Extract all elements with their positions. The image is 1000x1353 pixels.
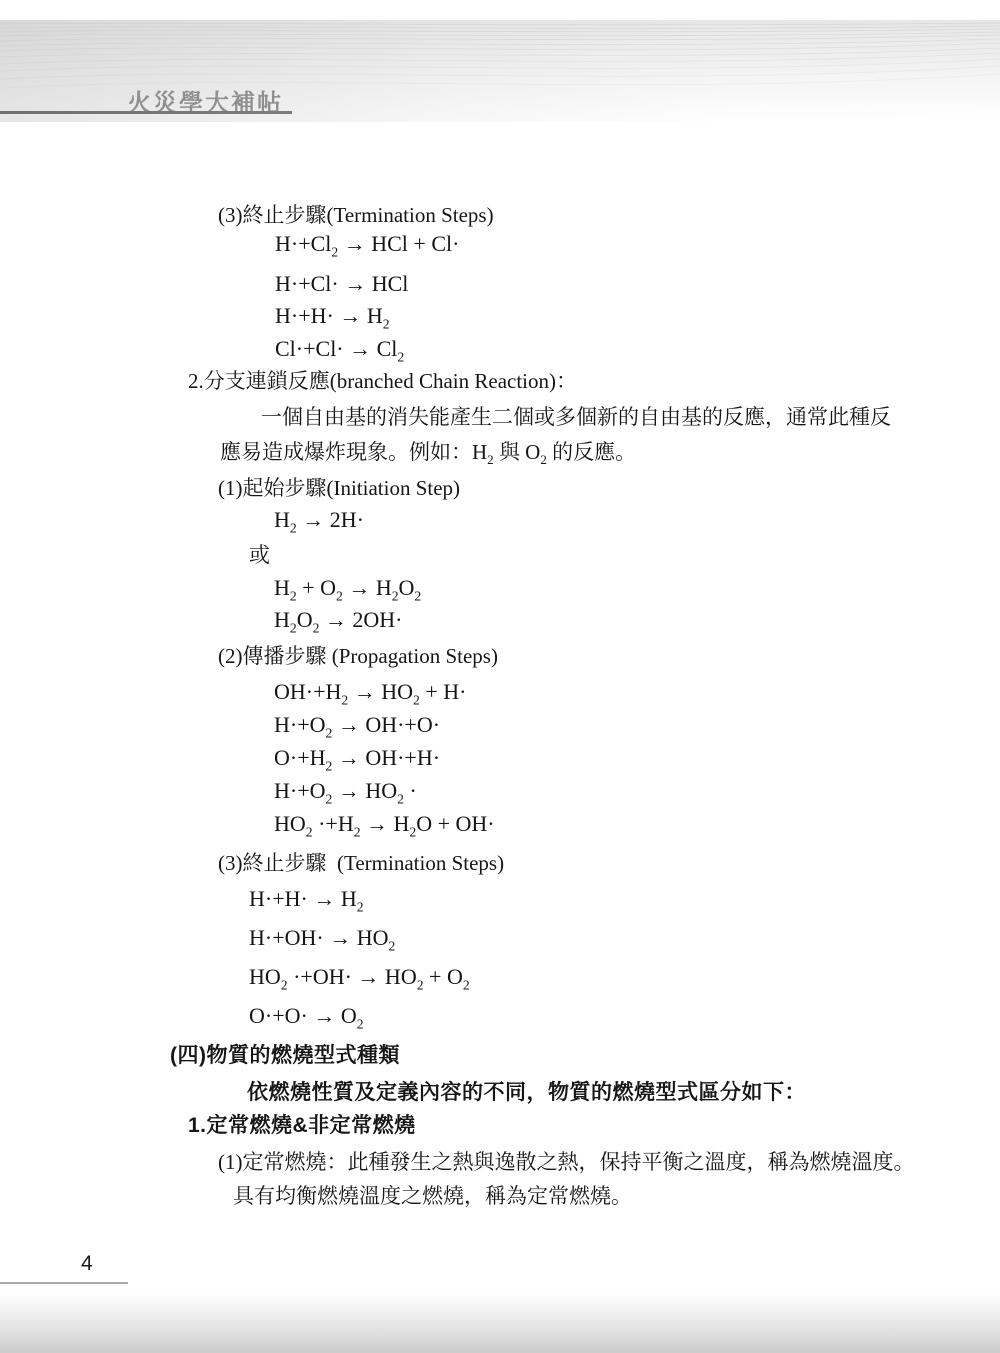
equation-line: H·+O2 → HO2 ·: [274, 778, 417, 804]
text-line: (1)定常燃燒：此種發生之熱與逸散之熱，保持平衡之溫度，稱為燃燒溫度。: [218, 1150, 914, 1175]
equation-line: H·+H· → H2: [249, 886, 364, 912]
equation-line: H·+Cl· → HCl: [275, 271, 408, 297]
equation-line: H·+H· → H2: [275, 303, 390, 329]
equation-line: O·+O· → O2: [249, 1003, 364, 1029]
text-line: 具有均衡燃燒溫度之燃燒，稱為定常燃燒。: [233, 1184, 632, 1209]
footer-page-number: 4: [81, 1252, 93, 1276]
equation-line: Cl·+Cl· → Cl2: [275, 336, 404, 362]
document-lines: (3)終止步驟(Termination Steps)H·+Cl2 → HCl +…: [0, 0, 1000, 1353]
equation-line: H·+Cl2 → HCl + Cl·: [275, 231, 459, 257]
footer-rule: [0, 1282, 128, 1284]
equation-line: O·+H2 → OH·+H·: [274, 745, 440, 771]
text-line: (四)物質的燃燒型式種類: [170, 1044, 400, 1069]
bottom-gradient-band: [0, 1293, 1000, 1353]
equation-line: HO2 ·+H2 → H2O + OH·: [274, 811, 495, 837]
text-line: (2)傳播步驟 (Propagation Steps): [218, 644, 498, 669]
equation-line: H·+OH· → HO2: [249, 925, 395, 951]
equation-line: OH·+H2 → HO2 + H·: [274, 679, 466, 705]
text-line: 應易造成爆炸現象。例如：H2 與 O2 的反應。: [220, 440, 636, 465]
equation-line: H2 → 2H·: [274, 507, 364, 533]
text-line: 1.定常燃燒&非定常燃燒: [188, 1114, 416, 1139]
equation-line: H2 + O2 → H2O2: [274, 575, 421, 601]
text-line: 2.分支連鎖反應(branched Chain Reaction)：: [188, 369, 577, 394]
text-line: (3)終止步驟(Termination Steps): [218, 203, 494, 228]
text-line: 依燃燒性質及定義內容的不同，物質的燃燒型式區分如下：: [247, 1081, 806, 1106]
page-root: { "header": { "title": "火災學大補帖" }, "foot…: [0, 0, 1000, 1353]
text-line: 或: [249, 543, 270, 568]
text-line: (3)終止步驟 (Termination Steps): [218, 851, 504, 876]
equation-line: HO2 ·+OH· → HO2 + O2: [249, 964, 470, 990]
text-line: (1)起始步驟(Initiation Step): [218, 476, 460, 501]
equation-line: H2O2 → 2OH·: [274, 607, 403, 633]
equation-line: H·+O2 → OH·+O·: [274, 712, 440, 738]
text-line: 一個自由基的消失能產生二個或多個新的自由基的反應，通常此種反: [261, 405, 891, 430]
